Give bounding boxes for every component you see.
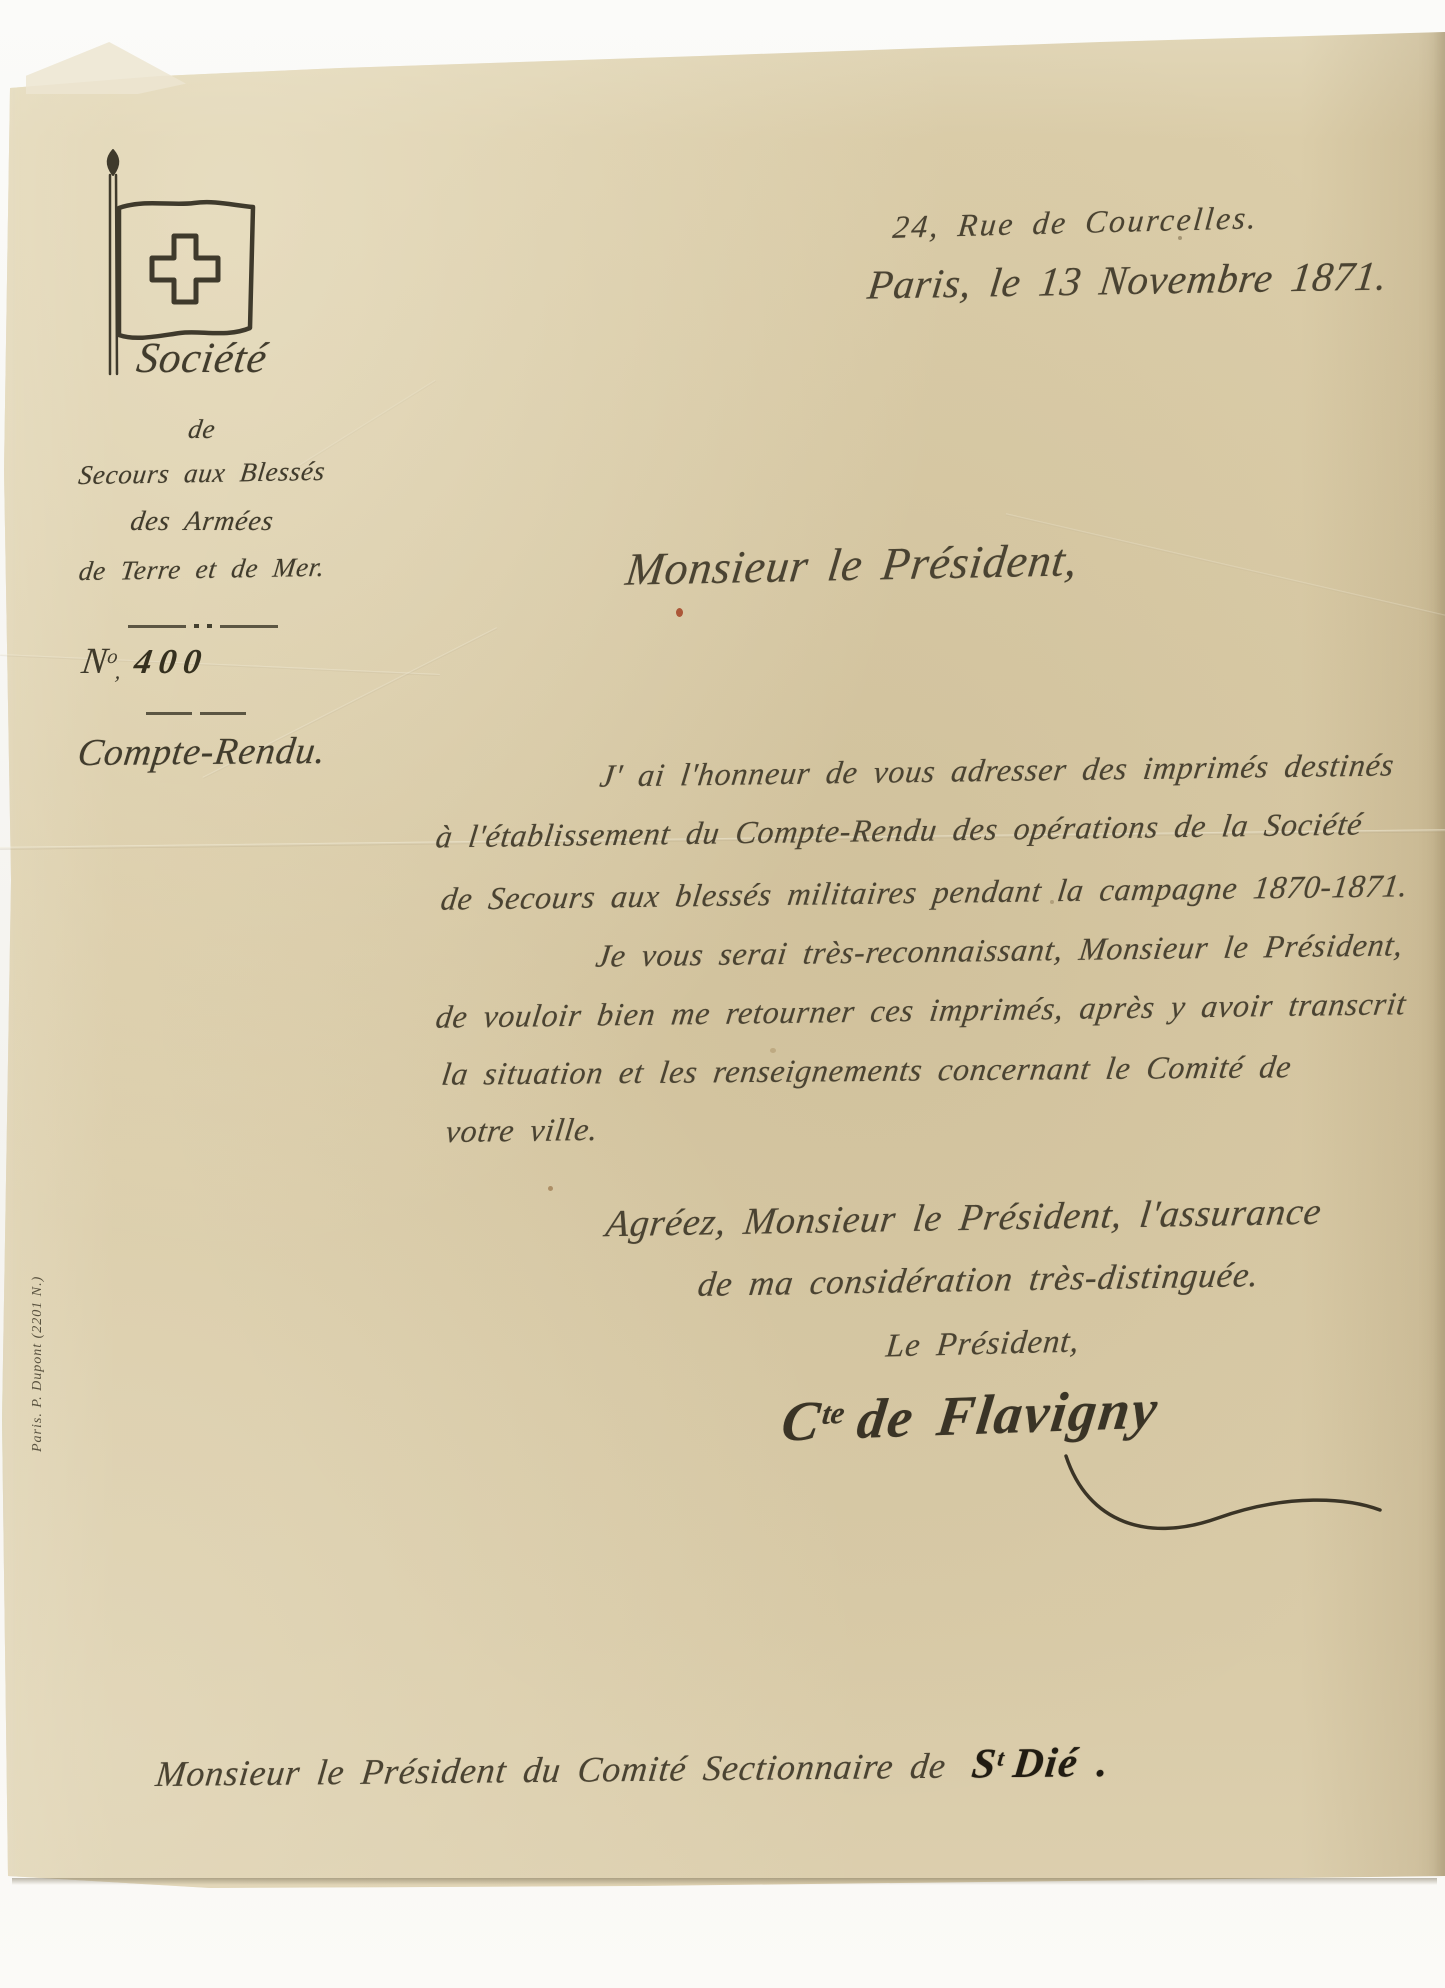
ink-stain (676, 608, 683, 617)
signature-sup: te (820, 1396, 846, 1431)
numero-value: 400 (132, 642, 211, 681)
letterhead-org-line: Secours aux Blessés (40, 455, 364, 492)
paper-corner-fold (26, 42, 186, 94)
place-sup: t (996, 1745, 1005, 1771)
body-line: votre ville. (444, 1111, 601, 1150)
printer-imprint: Paris. P. Dupont (2201 N.) (30, 1276, 46, 1452)
dateline: Paris, le 13 Novembre 1871. (865, 251, 1390, 308)
addressee-line: Monsieur le Président du Comité Sectionn… (153, 1739, 1112, 1797)
letterhead-number: No,400 (79, 640, 211, 685)
signature: Ctede Flavigny (778, 1377, 1162, 1454)
body-line: la situation et les renseignements conce… (440, 1048, 1294, 1092)
letterhead-org-line: de Terre et de Mer. (40, 551, 364, 588)
letterhead-divider (128, 624, 278, 628)
addressee-place: StDié . (970, 1740, 1113, 1787)
signature-prefix: C (778, 1390, 825, 1454)
place-prefix: S (970, 1741, 1000, 1787)
letterhead-org-line: des Armées (40, 506, 364, 538)
paper-bottom-edge-shadow (12, 1878, 1437, 1885)
ink-stain (548, 1186, 553, 1191)
signature-name: de Flavigny (854, 1378, 1163, 1451)
salutation: Monsieur le Président, (623, 533, 1081, 596)
numero-label: N (79, 641, 109, 682)
signature-flourish (1058, 1448, 1388, 1548)
scanned-letter-page: { "scan": { "background_color": "#f6f5f1… (0, 0, 1445, 1988)
place-name: Dié . (1011, 1740, 1112, 1787)
letterhead-org-line: de (40, 414, 364, 445)
addressee-text: Monsieur le Président du Comité Sectionn… (154, 1746, 949, 1794)
letterhead-divider (146, 712, 246, 715)
letterhead-doc-type: Compte-Rendu. (39, 729, 365, 776)
letterhead-org-line: Société (39, 334, 366, 383)
signer-title: Le Président, (884, 1323, 1081, 1365)
